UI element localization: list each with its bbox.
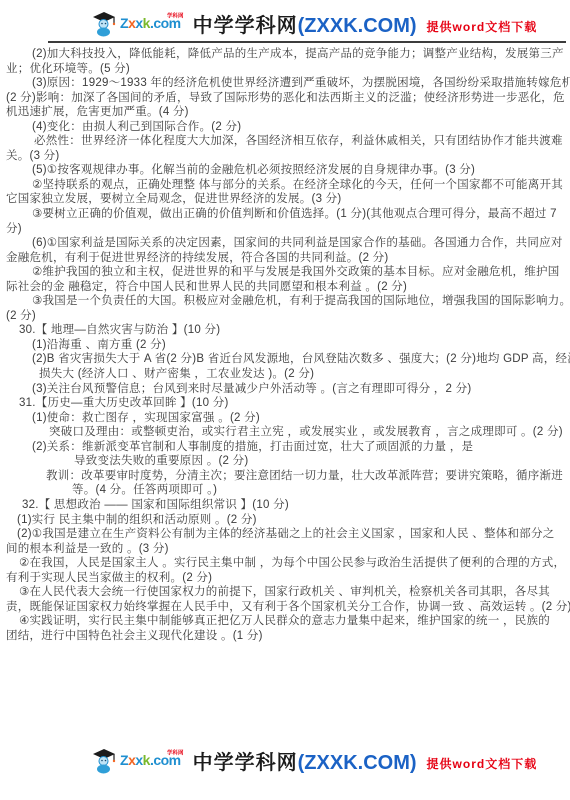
document-page: Zxxk.com 学科网 中学学科网(ZXXK.COM) 提供word文档下载 …: [0, 0, 570, 800]
text-line: ②在我国，人民是国家主人 。实行民主集中制 ，为每个中国公民参与政治生活提供了便…: [6, 556, 568, 571]
text-line: 它国家独立发展，要树立全局观念，促进世界经济的发展。(3 分): [6, 192, 568, 207]
text-line: 突破口及理由：或整顿吏治，或实行君主立宪 ，或发展实业 ，或发展教育 ，言之成理…: [6, 425, 568, 440]
text-line: ③在人民代表大会统一行使国家权力的前提下，国家行政机关 、审判机关，检察机关各司…: [6, 585, 568, 600]
text-line: (1)沿海重 、南方重 (2 分): [6, 338, 568, 353]
header-brandbar: Zxxk.com 学科网 中学学科网(ZXXK.COM) 提供word文档下载: [0, 5, 570, 41]
logo-letter: Z: [120, 15, 128, 31]
text-line: (3)原因：1929～1933 年的经济危机使世界经济遭到严重破坏，为摆脱困境，…: [6, 76, 568, 91]
zxxk-logo: Zxxk.com 学科网: [92, 9, 181, 37]
logo-letter: k: [143, 15, 150, 31]
text-line: (6)①国家利益是国际关系的决定因素，国家间的共同利益是国家合作的基础。各国通力…: [6, 236, 568, 251]
header-divider: [48, 41, 566, 43]
text-line: (1)使命：救亡图存 ，实现国家富强 。(2 分): [6, 411, 568, 426]
site-title-cn: 中学学科网: [193, 15, 298, 37]
text-line: (1)实行 民主集中制的组织和活动原则 。(2 分): [6, 513, 568, 528]
text-line: (2)加大科技投入，降低能耗，降低产品的生产成本，提高产品的竞争能力；调整产业结…: [6, 47, 568, 62]
logo-badge: 学科网: [167, 11, 184, 19]
text-line: 有利于实现人民当家做主的权利。(2 分): [6, 571, 568, 586]
text-line: 导致变法失败的重要原因 。(2 分): [6, 454, 568, 469]
text-line: 际社会的金 融稳定，符合中国人民和世界人民的共同愿望和根本利益 。(2 分): [6, 280, 568, 295]
zxxk-logo: Zxxk.com 学科网: [92, 746, 181, 774]
text-line: (2)B 省灾害损失大于 A 省(2 分)B 省近台风发源地，台风登陆次数多 、…: [6, 352, 568, 367]
text-line: 损失大 (经济人口 、财产密集 ，工农业发达 )。(2 分): [6, 367, 568, 382]
text-line: (3)关注台风预警信息；台风到来时尽量减少户外活动等 。(言之有理即可得分 ，2…: [6, 382, 568, 397]
download-tagline: 提供word文档下载: [427, 18, 538, 35]
site-title-cn: 中学学科网: [193, 752, 298, 774]
text-line: ②维护我国的独立和主权，促进世界的和平与发展是我国外交政策的基本目标。应对金融危…: [6, 265, 568, 280]
text-line: 机迅速扩展，危害更加严重。(4 分): [6, 105, 568, 120]
text-line: 教训：改革要审时度势，分清主次；要注意团结一切力量，壮大改革派阵营；要讲究策略，…: [6, 469, 568, 484]
text-line: (5)①按客观规律办事。化解当前的金融危机必须按照经济发展的自身规律办事。(3 …: [6, 163, 568, 178]
text-line: 团结，进行中国特色社会主义现代化建设 。(1 分): [6, 629, 568, 644]
logo-letter: k: [143, 752, 150, 768]
text-line: 30.【 地理—自然灾害与防治 】(10 分): [6, 323, 568, 338]
text-line: (2 分): [6, 309, 568, 324]
text-line: ④实践证明，实行民主集中制能够真正把亿万人民群众的意志力量集中起来，维护国家的统…: [6, 614, 568, 629]
footer-brandbar: Zxxk.com 学科网 中学学科网(ZXXK.COM) 提供word文档下载: [0, 742, 570, 778]
site-title-en: (ZXXK.COM): [298, 15, 417, 37]
logo-letter: x: [135, 15, 142, 31]
logo-letter: Z: [120, 752, 128, 768]
site-title: 中学学科网(ZXXK.COM): [193, 746, 417, 775]
text-line: ③要树立正确的价值观，做出正确的价值判断和价值选择。(1 分)(其他观点合理可得…: [6, 207, 568, 222]
text-line: 32.【 思想政治 —— 国家和国际组织常识 】(10 分): [6, 498, 568, 513]
text-line: (2)关系：维新派变革官制和人事制度的措施，打击面过宽，壮大了顽固派的力量 ，是: [6, 440, 568, 455]
text-line: 31.【历史—重大历史改革回眸 】(10 分): [6, 396, 568, 411]
download-tagline: 提供word文档下载: [427, 755, 538, 772]
graduate-mascot-icon: [92, 746, 118, 774]
text-line: ③我国是一个负责任的大国。积极应对金融危机，有利于提高我国的国际地位，增强我国的…: [6, 294, 568, 309]
text-line: (2 分)影响：加深了各国间的矛盾，导致了国际形势的恶化和法西斯主义的泛滥；使经…: [6, 91, 568, 106]
text-line: ②坚持联系的观点，正确处理整 体与部分的关系。在经济全球化的今天，任何一个国家都…: [6, 178, 568, 193]
site-title-en: (ZXXK.COM): [298, 752, 417, 774]
text-line: 责，既能保证国家权力始终掌握在人民手中，又有利于各个国家机关分工合作，协调一致 …: [6, 600, 568, 615]
text-line: 关。(3 分): [6, 149, 568, 164]
text-line: 业；优化环境等。(5 分): [6, 62, 568, 77]
text-line: 等。(4 分。任答两项即可 。): [6, 483, 568, 498]
graduate-mascot-icon: [92, 9, 118, 37]
text-line: 必然性：世界经济一体化程度大大加深，各国经济相互依存，利益休戚相关，只有团结协作…: [6, 134, 568, 149]
answer-sheet-body: (2)加大科技投入，降低能耗，降低产品的生产成本，提高产品的竞争能力；调整产业结…: [6, 47, 568, 643]
logo-letter: x: [135, 752, 142, 768]
site-title: 中学学科网(ZXXK.COM): [193, 9, 417, 38]
text-line: (4)变化：由损人利己到国际合作。(2 分): [6, 120, 568, 135]
logo-badge: 学科网: [167, 748, 184, 756]
text-line: (2)①我国是建立在生产资料公有制为主体的经济基础之上的社会主义国家 ，国家和人…: [6, 527, 568, 542]
text-line: 间的根本利益是一致的 。(3 分): [6, 542, 568, 557]
text-line: 分): [6, 222, 568, 237]
text-line: 金融危机，有利于促进世界经济的持续发展，符合各国的共同利益。(2 分): [6, 251, 568, 266]
